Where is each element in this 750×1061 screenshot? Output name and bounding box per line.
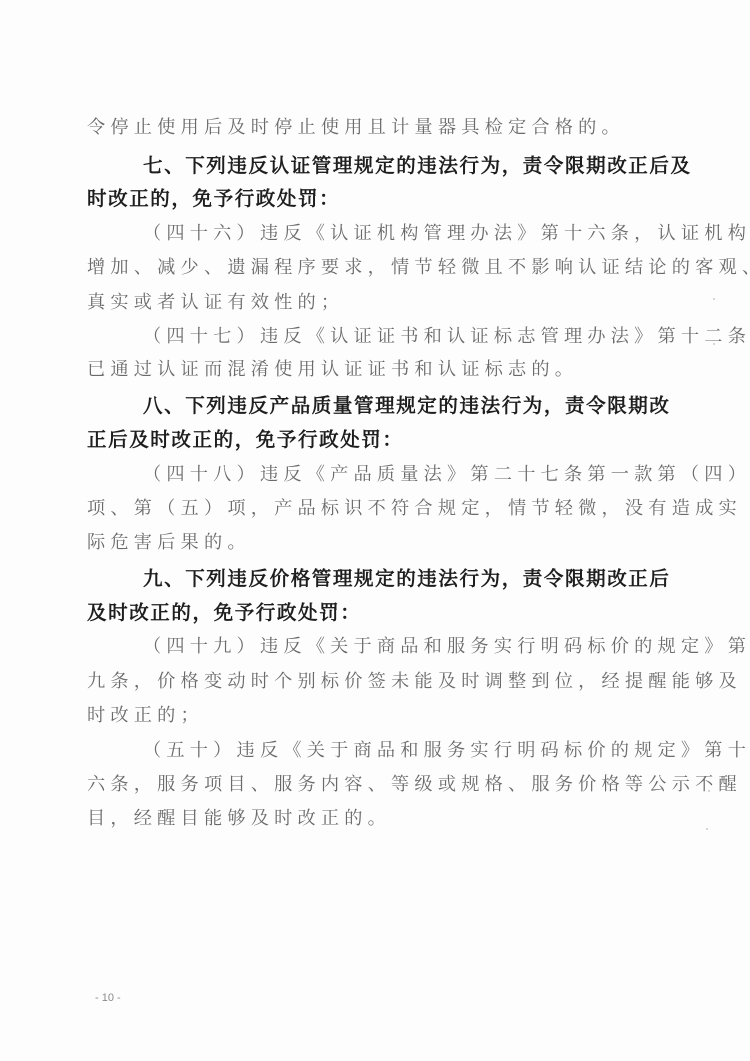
- section-heading: 七、下列违反认证管理规定的违法行为，责令限期改正后及: [143, 150, 692, 178]
- clause-line: 目，经醒目能够及时改正的。: [87, 804, 391, 830]
- clause-line: 六条，服务项目、服务内容、等级或规格、服务价格等公示不醒: [87, 770, 742, 796]
- clause-line: 真实或者认证有效性的；: [87, 288, 344, 314]
- clause-line: （五十）违反《关于商品和服务实行明码标价的规定》第十: [143, 736, 750, 762]
- clause-line: 增加、减少、遗漏程序要求，情节轻微且不影响认证结论的客观、: [87, 253, 750, 279]
- clause-line: 九条，价格变动时个别标价签未能及时调整到位，经提醒能够及: [87, 667, 742, 693]
- clause-line: （四十七）违反《认证证书和认证标志管理办法》第十二条，: [143, 322, 750, 348]
- section-heading: 及时改正的，免予行政处罚：: [87, 597, 361, 625]
- scan-speck: [708, 790, 710, 792]
- clause-line: （四十八）违反《产品质量法》第二十七条第一款第（四）: [143, 460, 750, 486]
- page-number: - 10 -: [95, 992, 121, 1004]
- clause-line: （四十六）违反《认证机构管理办法》第十六条，认证机构: [143, 219, 750, 245]
- section-heading: 九、下列违反价格管理规定的违法行为，责令限期改正后: [143, 563, 671, 591]
- clause-line: 已通过认证而混淆使用认证证书和认证标志的。: [87, 355, 578, 381]
- section-heading: 八、下列违反产品质量管理规定的违法行为，责令限期改: [143, 390, 671, 418]
- section-heading: 时改正的，免予行政处罚：: [87, 183, 340, 211]
- clause-line: 项、第（五）项，产品标识不符合规定，情节轻微，没有造成实: [87, 494, 742, 520]
- clause-line: （四十九）违反《关于商品和服务实行明码标价的规定》第: [143, 632, 750, 658]
- scan-speck: [713, 343, 715, 345]
- scan-speck: [713, 298, 715, 300]
- body-line: 令停止使用后及时停止使用且计量器具检定合格的。: [87, 113, 625, 139]
- clause-line: 时改正的；: [87, 701, 204, 727]
- clause-line: 际危害后果的。: [87, 528, 251, 554]
- scan-speck: [706, 828, 708, 830]
- section-heading: 正后及时改正的，免予行政处罚：: [87, 424, 404, 452]
- document-page: 令停止使用后及时停止使用且计量器具检定合格的。 七、下列违反认证管理规定的违法行…: [0, 0, 750, 1061]
